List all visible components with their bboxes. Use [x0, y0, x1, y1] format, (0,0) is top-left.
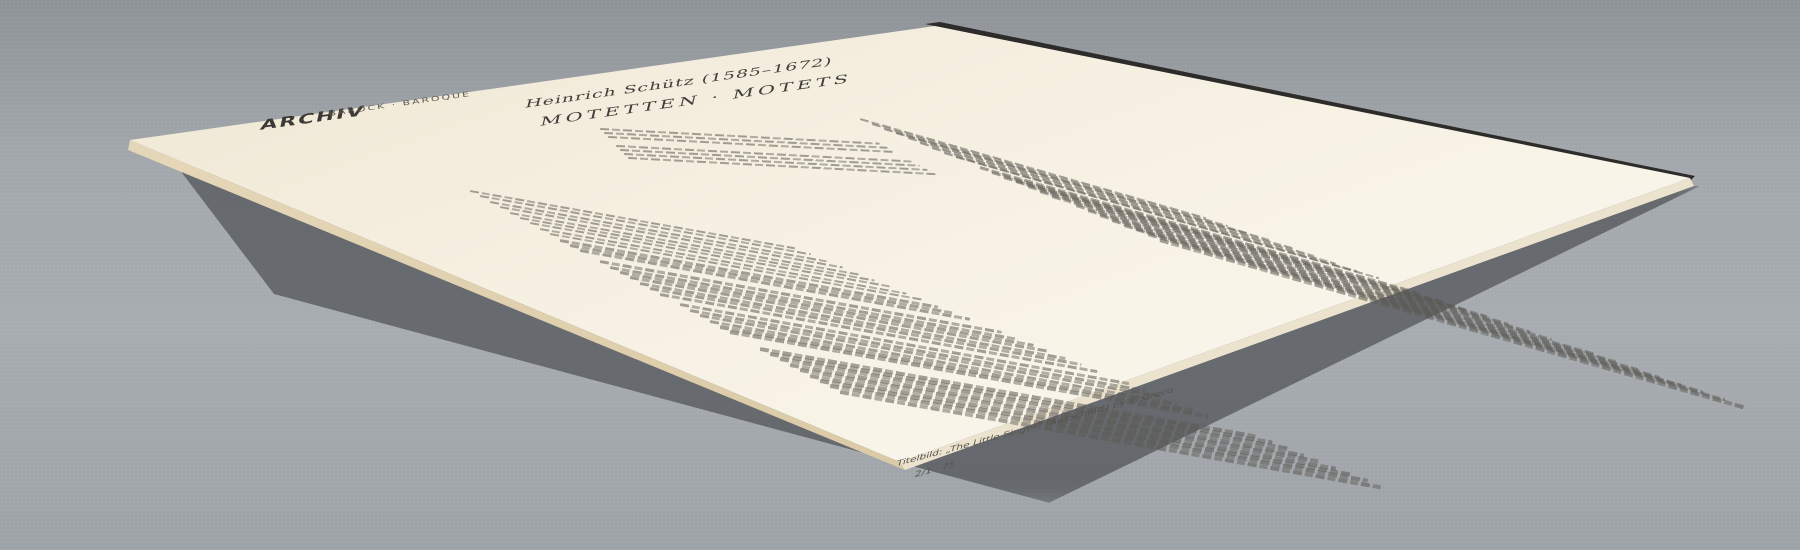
photo-scene: ARCHIV BAROCK · BAROQUE Heinrich Schütz …: [0, 0, 1800, 550]
series-line: BAROCK · BAROQUE: [328, 90, 471, 118]
sleeve-printed-content: ARCHIV BAROCK · BAROQUE Heinrich Schütz …: [0, 0, 1800, 550]
illegible-text-line: [1160, 238, 1747, 410]
illegible-text-line: [660, 293, 1098, 373]
record-sleeve: ARCHIV BAROCK · BAROQUE Heinrich Schütz …: [0, 0, 1800, 550]
print-code: 2/1 · 75: [913, 459, 956, 479]
